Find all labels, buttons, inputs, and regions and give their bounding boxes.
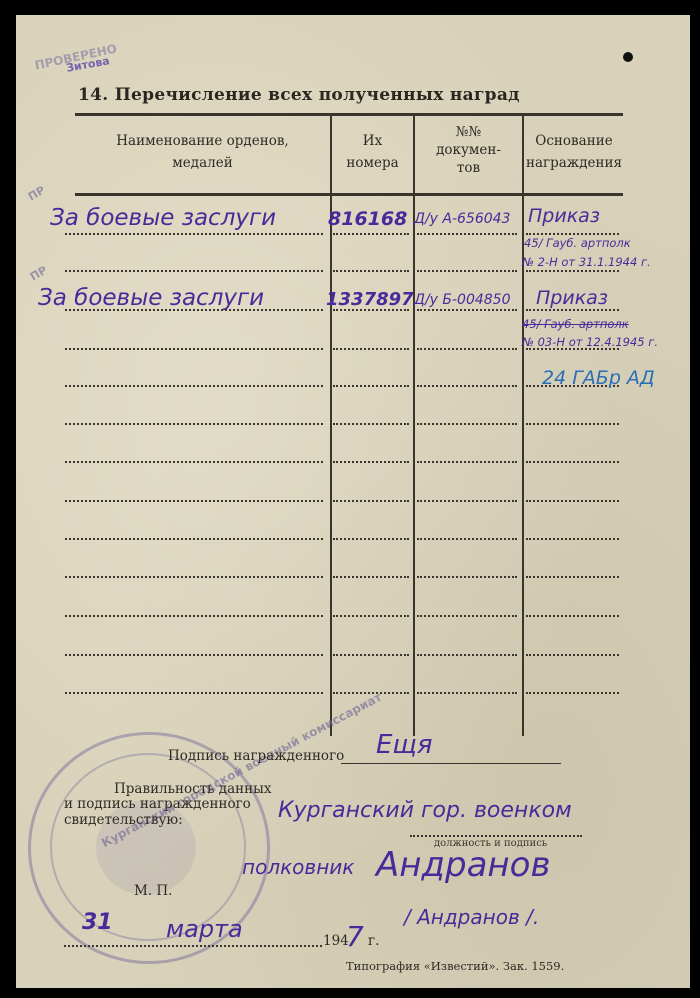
award-basis-1-line1: Приказ <box>528 205 600 227</box>
seal-place-label: М. П. <box>134 883 172 899</box>
date-year-suffix: 7 <box>346 920 364 953</box>
date-month: марта <box>166 915 243 943</box>
official-name: / Андранов /. <box>404 905 539 929</box>
verification-label-line1: Правильность данных <box>114 781 272 797</box>
column-divider-2 <box>413 116 415 736</box>
recipient-signature-label: Подпись награжденного <box>168 748 344 764</box>
award-basis-2-note: 24 ГАБр АД <box>542 367 655 389</box>
award-basis-2-line2: 45/ Гауб. артполк <box>522 317 629 331</box>
col-header-award-line1: Наименование орденов, <box>75 130 330 152</box>
verification-label-line2: и подпись награжденного <box>64 796 251 812</box>
date-day: 31 <box>82 910 113 935</box>
recipient-signature: Ещя <box>376 730 433 760</box>
punch-hole <box>623 52 633 62</box>
official-rank: полковник <box>242 855 354 879</box>
official-position: Курганский гор. военком <box>278 798 572 823</box>
col-header-documents: №№ докумен- тов <box>415 123 522 177</box>
award-basis-1-line3: № 2-Н от 31.1.1944 г. <box>522 255 651 269</box>
award-basis-2-line3: № 03-Н от 12.4.1945 г. <box>522 335 658 349</box>
column-divider-3 <box>522 116 524 736</box>
position-line <box>410 835 582 837</box>
row-mark-stamp-2: ПР <box>28 264 49 284</box>
date-line <box>64 945 322 947</box>
col-header-basis-line1: Основание <box>524 130 624 152</box>
col-header-number: Их номера <box>332 130 413 174</box>
col-header-documents-line1: №№ <box>415 123 522 141</box>
section-title: 14. Перечисление всех полученных наград <box>78 85 520 105</box>
verification-label-line3: свидетельствую: <box>64 812 183 828</box>
date-year-prefix: 194 <box>323 933 349 949</box>
award-basis-1-line2: 45/ Гауб. артполк <box>524 236 631 250</box>
col-header-documents-line2: докумен- <box>415 141 522 159</box>
col-header-number-line2: номера <box>332 152 413 174</box>
official-signature: Андранов <box>376 845 550 885</box>
col-header-basis-line2: награждения <box>524 152 624 174</box>
col-header-award-line2: медалей <box>75 152 330 174</box>
award-number-2: 1337897 <box>326 289 414 310</box>
header-bottom-rule <box>75 193 623 196</box>
award-name-1: За боевые заслуги <box>50 205 276 231</box>
row-mark-stamp-1: ПР <box>26 184 47 204</box>
recipient-signature-line <box>341 763 561 764</box>
award-basis-2-line1: Приказ <box>536 287 608 309</box>
col-header-number-line1: Их <box>332 130 413 152</box>
award-name-2: За боевые заслуги <box>38 285 264 311</box>
award-number-1: 816168 <box>328 208 407 230</box>
title-rule <box>75 113 623 116</box>
col-header-award: Наименование орденов, медалей <box>75 130 330 174</box>
col-header-basis: Основание награждения <box>524 130 624 174</box>
award-document-1: Д/у А-656043 <box>414 211 510 227</box>
col-header-documents-line3: тов <box>415 159 522 177</box>
date-year-unit: г. <box>368 933 379 949</box>
document-page: ПРОВЕРЕНО Зитова 14. Перечисление всех п… <box>16 15 690 988</box>
printer-imprint: Типография «Известий». Зак. 1559. <box>346 959 564 973</box>
award-document-2: Д/у Б-004850 <box>414 292 511 308</box>
